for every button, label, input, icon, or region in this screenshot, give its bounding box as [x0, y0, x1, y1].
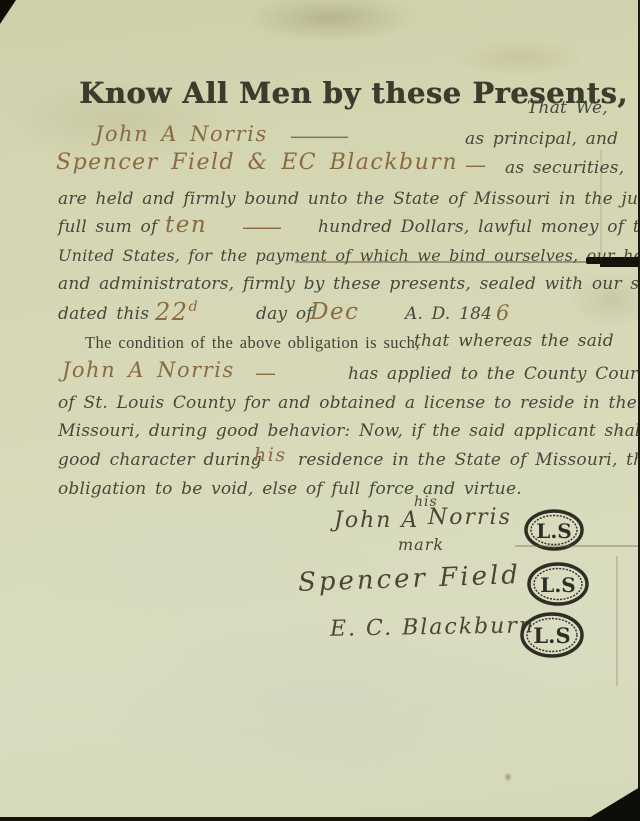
- crease-vertical: [600, 150, 602, 260]
- printed-as-principal: as principal, and: [465, 129, 618, 149]
- principal-name-handwritten: John A Norris: [95, 122, 268, 146]
- crease-vertical: [616, 556, 618, 686]
- printed-good-character: good character during: [58, 450, 262, 470]
- sum-amount-handwritten: ten: [165, 212, 207, 238]
- printed-whereas-italic: that whereas the said: [414, 331, 614, 351]
- paper: Know All Men by these Presents, That We,…: [0, 0, 640, 817]
- printed-dated-this: dated this: [58, 304, 149, 324]
- seal-ls-text: L.S: [540, 573, 575, 597]
- seal-2: L.S: [527, 562, 589, 606]
- pen-dash: —: [465, 153, 484, 177]
- pen-dash: —: [255, 361, 274, 385]
- signature-principal: John A: [334, 508, 419, 533]
- printed-line: of St. Louis County for and obtained a l…: [58, 393, 640, 413]
- day-number: 22: [155, 298, 189, 326]
- his-mark-word-mark: mark: [398, 535, 444, 554]
- signature-security-1: Spencer Field: [298, 560, 522, 598]
- seal-ls-text: L.S: [533, 623, 570, 648]
- fold-crease-horizontal: [295, 261, 590, 263]
- applicant-name-handwritten: John A Norris: [62, 358, 235, 382]
- day-number-handwritten: 22d: [155, 298, 199, 326]
- printed-line: obligation to be void, else of full forc…: [58, 479, 522, 499]
- scanned-document: Know All Men by these Presents, That We,…: [0, 0, 640, 821]
- printed-line: and administrators, firmly by these pres…: [58, 274, 640, 294]
- printed-anno-domini: A. D. 184: [405, 304, 492, 324]
- fold-crease-soft: [515, 545, 640, 547]
- month-handwritten: Dec: [310, 299, 359, 325]
- seal-ls-text: L.S: [536, 519, 571, 543]
- printed-full-sum-of: full sum of: [58, 217, 157, 237]
- printed-residence: residence in the State of Missouri, then…: [298, 450, 640, 470]
- printed-line: Missouri, during good behavior: Now, if …: [58, 421, 640, 441]
- title-suffix: That We,: [527, 98, 608, 118]
- seal-3: L.S: [520, 612, 584, 658]
- scan-edge-bottom: [0, 817, 640, 821]
- signature-security-2: E. C. Blackburn: [330, 613, 535, 642]
- pen-dash: ——: [242, 215, 280, 239]
- printed-line: are held and firmly bound unto the State…: [58, 189, 640, 209]
- printed-day-of: day of: [256, 304, 313, 324]
- year-digit-handwritten: 6: [496, 301, 511, 325]
- pen-dash: ———: [290, 124, 347, 148]
- printed-hundred-dollars: hundred Dollars, lawful money of the: [318, 217, 640, 237]
- printed-as-securities: as securities,: [505, 158, 624, 178]
- fold-crease-dark-mark: [600, 263, 640, 267]
- signature-principal-surname: Norris: [428, 505, 512, 530]
- printed-has-applied: has applied to the County Court: [348, 364, 640, 384]
- pronoun-handwritten: his: [254, 444, 287, 466]
- day-suffix: d: [189, 299, 200, 315]
- printed-condition-roman: The condition of the above obligation is…: [85, 333, 420, 353]
- securities-names-handwritten: Spencer Field & EC Blackburn: [56, 150, 458, 175]
